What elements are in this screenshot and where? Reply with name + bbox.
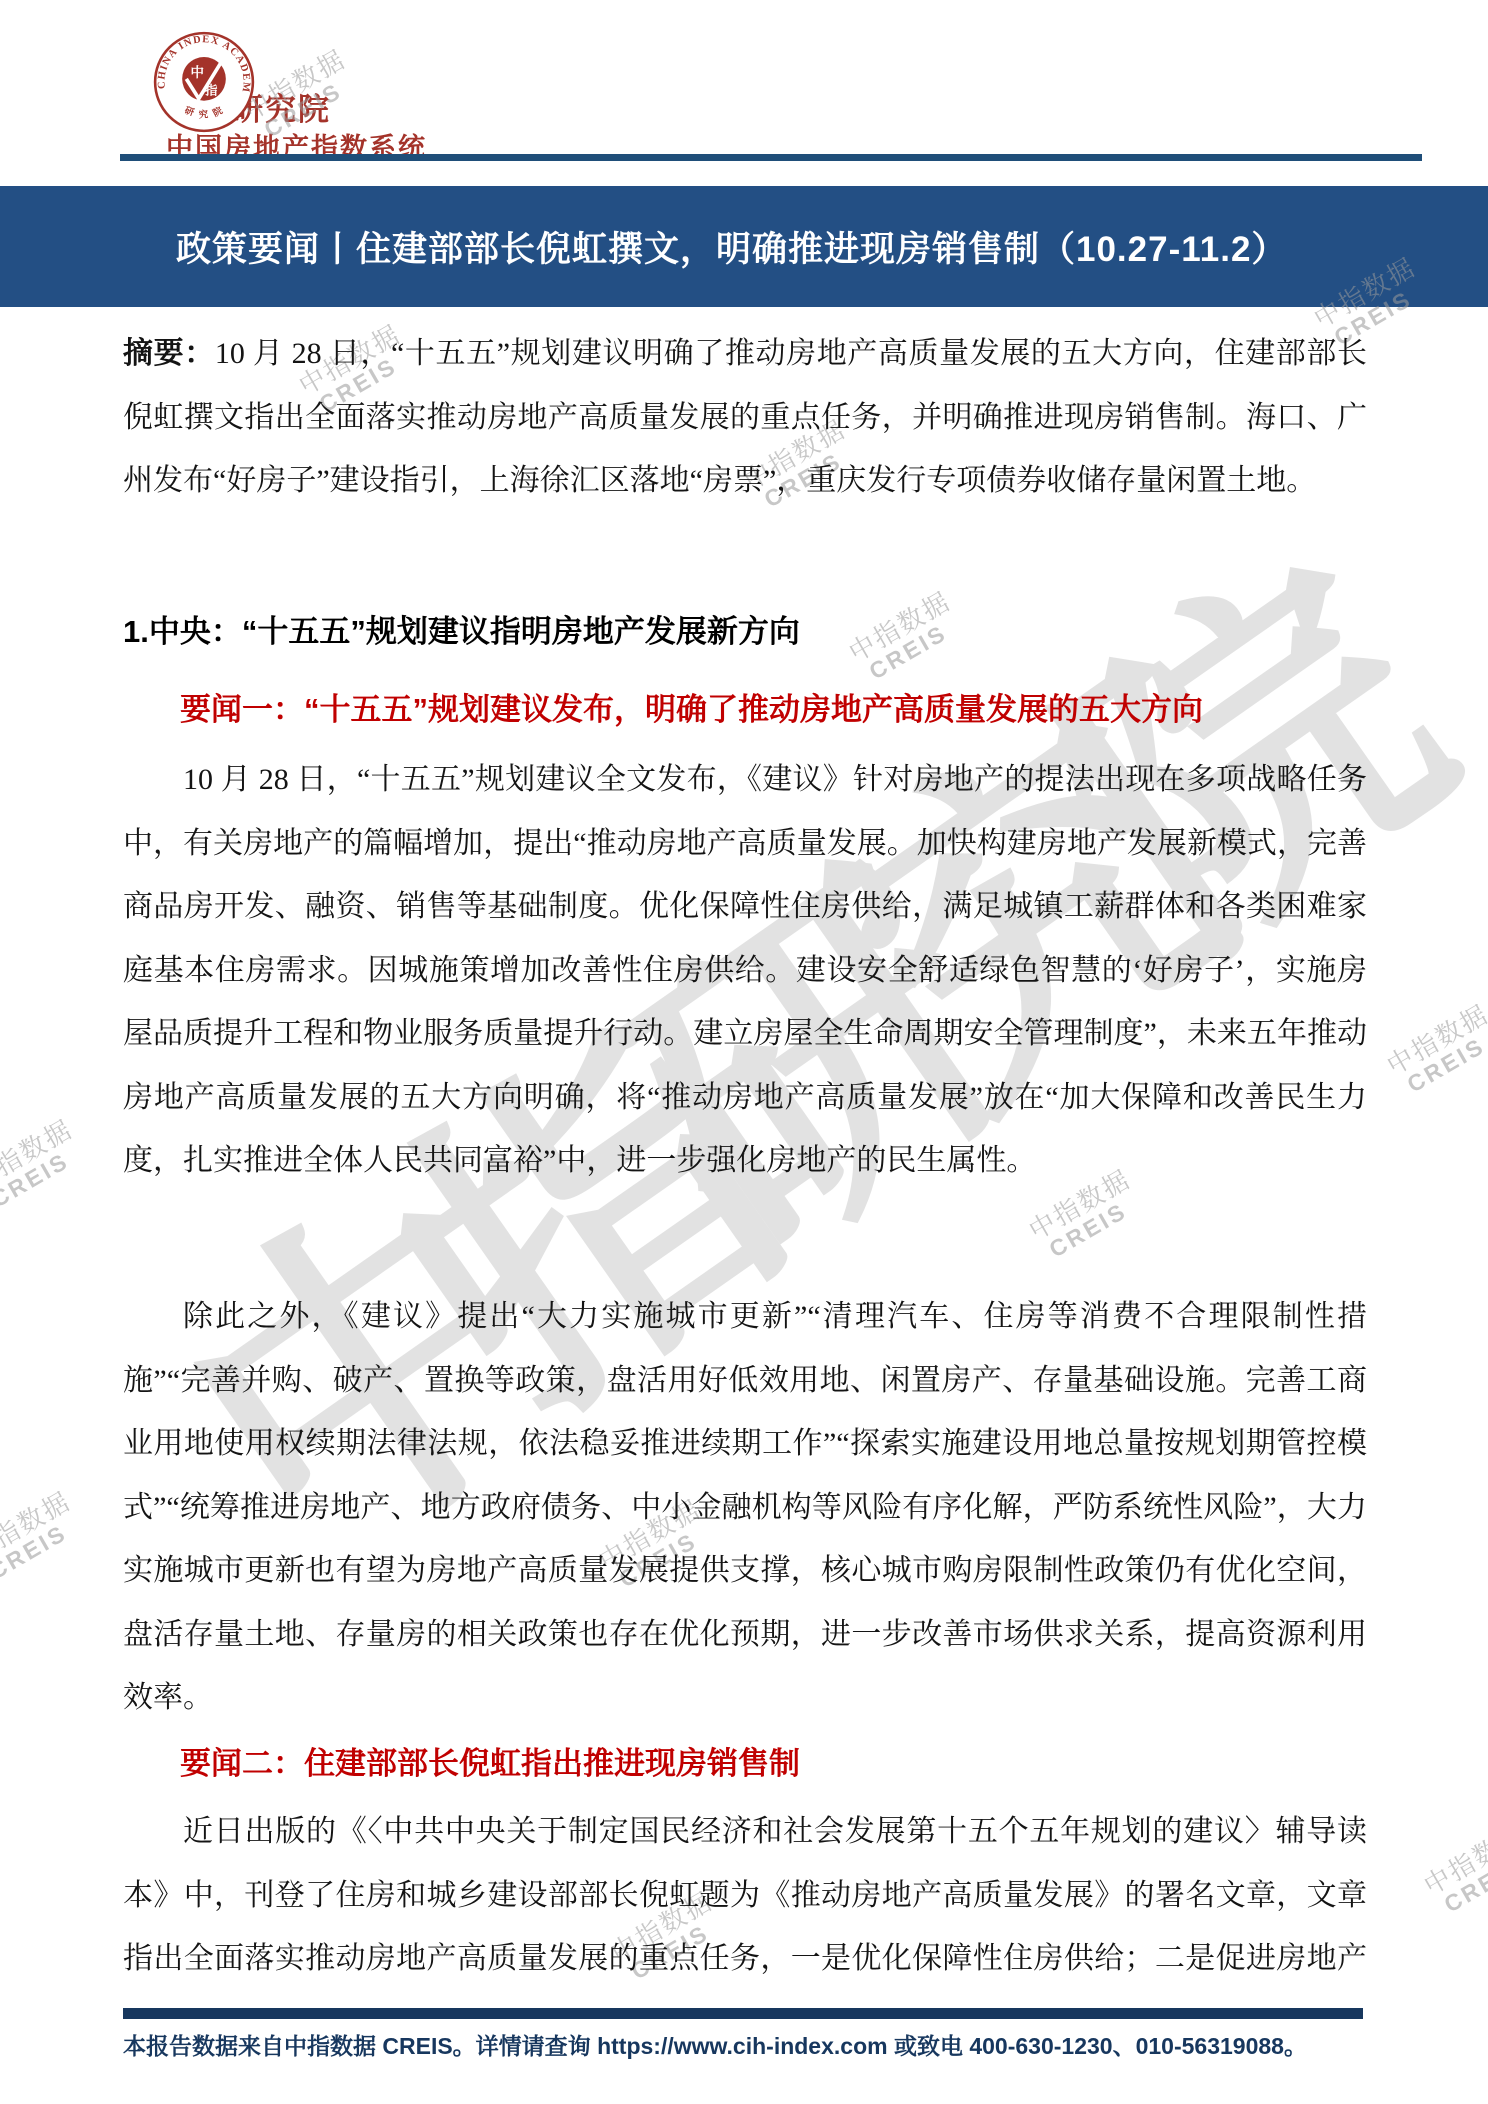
footer-note: 本报告数据来自中指数据 CREIS。详情请查询 https://www.cih-… bbox=[123, 2028, 1423, 2061]
china-index-academy-seal-icon: CHINA INDEX ACADEMY 中 指 研究院 bbox=[152, 30, 256, 134]
seal-center-char-bottom: 指 bbox=[204, 82, 218, 97]
highlight-2-heading: 要闻二：住建部部长倪虹指出推进现房销售制 bbox=[180, 1732, 1370, 1796]
creis-watermark: 中指数据CREIS bbox=[1383, 1000, 1488, 1101]
title-banner: 政策要闻丨住建部部长倪虹撰文，明确推进现房销售制（10.27-11.2） bbox=[0, 186, 1488, 307]
creis-watermark: 中指数据CREIS bbox=[1420, 1820, 1488, 1921]
creis-watermark: 中指数据CREIS bbox=[0, 1487, 87, 1588]
body-paragraph-3: 近日出版的《〈中共中央关于制定国民经济和社会发展第十五个五年规划的建议〉辅导读本… bbox=[123, 1800, 1367, 2000]
report-page: 中指研究院 中指研究院 中国房地产指数系统 CHINA INDEX ACADEM… bbox=[0, 0, 1488, 2104]
summary-label: 摘要： bbox=[123, 337, 215, 370]
summary-text: 10 月 28 日，“十五五”规划建议明确了推动房地产高质量发展的五大方向，住建… bbox=[123, 337, 1367, 497]
section-1-heading: 1.中央：“十五五”规划建议指明房地产发展新方向 bbox=[123, 600, 1367, 664]
footer-divider bbox=[123, 2008, 1363, 2019]
body-paragraph-2: 除此之外，《建议》提出“大力实施城市更新”“清理汽车、住房等消费不合理限制性措施… bbox=[123, 1285, 1367, 1730]
summary-paragraph: 摘要：10 月 28 日，“十五五”规划建议明确了推动房地产高质量发展的五大方向… bbox=[123, 322, 1367, 513]
highlight-1-heading: 要闻一：“十五五”规划建议发布，明确了推动房地产高质量发展的五大方向 bbox=[180, 678, 1370, 742]
header-divider bbox=[120, 154, 1422, 161]
creis-watermark: 中指数据CREIS bbox=[0, 1115, 89, 1216]
page-title: 政策要闻丨住建部部长倪虹撰文，明确推进现房销售制（10.27-11.2） bbox=[176, 222, 1287, 272]
body-paragraph-1: 10 月 28 日，“十五五”规划建议全文发布，《建议》针对房地产的提法出现在多… bbox=[123, 748, 1367, 1193]
seal-center-char-top: 中 bbox=[190, 64, 204, 80]
